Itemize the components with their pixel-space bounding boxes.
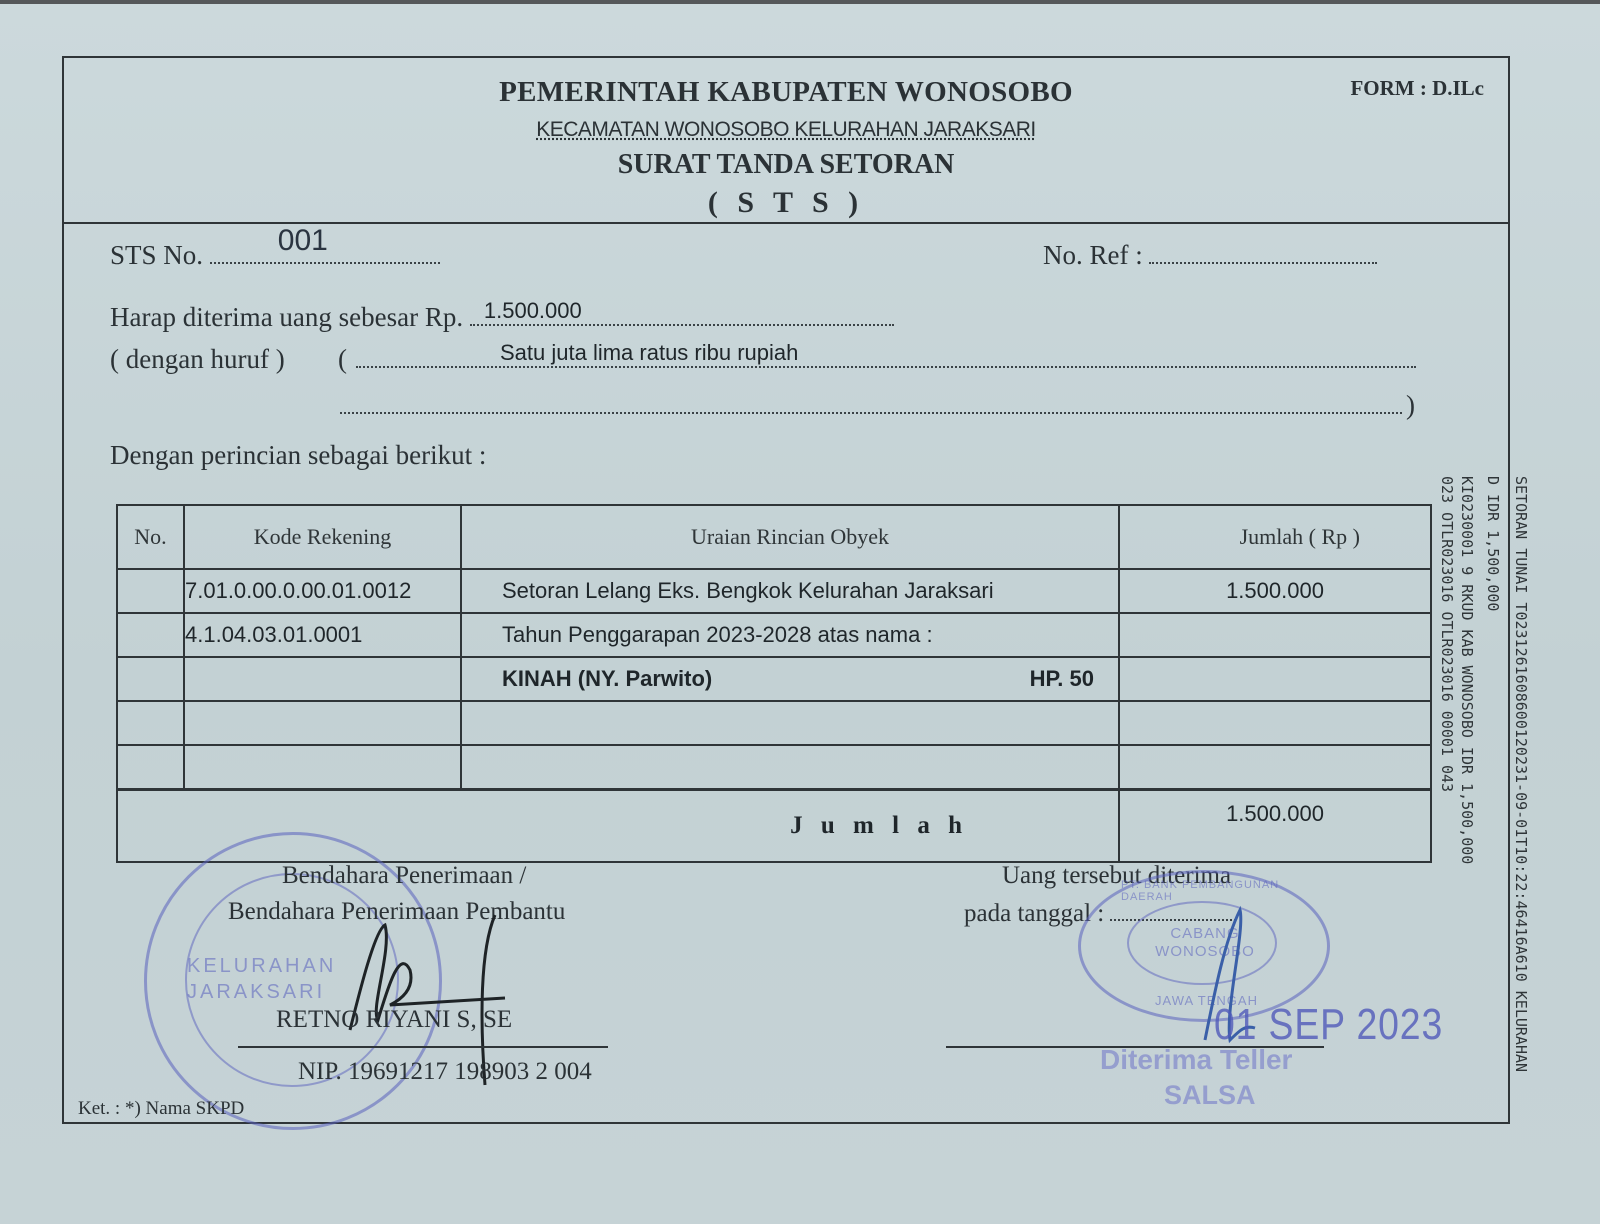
table-row: 7.01.0.00.0.00.01.0012 Setoran Lelang Ek… [117, 569, 1431, 613]
form-header: PEMERINTAH KABUPATEN WONOSOBO KECAMATAN … [62, 56, 1510, 224]
amount-words-field[interactable]: Satu juta lima ratus ribu rupiah [356, 344, 1416, 375]
cell-kode: 7.01.0.00.0.00.01.0012 [184, 569, 461, 613]
paper-top-edge [0, 0, 1600, 4]
table-row: KINAH (NY. Parwito) HP. 50 [117, 657, 1431, 701]
subdistrict-name: KECAMATAN WONOSOBO KELURAHAN JARAKSARI [62, 118, 1510, 142]
cell-kode: 4.1.04.03.01.0001 [184, 613, 461, 657]
government-name: PEMERINTAH KABUPATEN WONOSOBO [62, 76, 1510, 109]
column-header-kode: Kode Rekening [184, 505, 461, 569]
table-header-row: No. Kode Rekening Uraian Rincian Obyek J… [117, 505, 1431, 569]
rincian-table: No. Kode Rekening Uraian Rincian Obyek J… [116, 504, 1432, 863]
table-row [117, 701, 1431, 745]
cell-jumlah [1119, 613, 1431, 657]
column-header-jumlah: Jumlah ( Rp ) [1119, 505, 1431, 569]
cell-no [117, 701, 184, 745]
cell-uraian: Setoran Lelang Eks. Bengkok Kelurahan Ja… [461, 569, 1119, 613]
table-row [117, 745, 1431, 790]
treasurer-signature-line [238, 1046, 608, 1048]
cell-jumlah: 1.500.000 [1119, 569, 1431, 613]
validation-print-line-4: 023 OTLR023016 OTLR023016 00001 043 [1438, 476, 1456, 792]
column-header-no: No. [117, 505, 184, 569]
kelurahan-stamp-line-1: KELURAHAN [187, 953, 336, 979]
amount-words-dots-1: Satu juta lima ratus ribu rupiah [356, 348, 1416, 368]
validation-print-line-3: KI0230001 9 RKUD KAB WONOSOBO IDR 1,500,… [1458, 476, 1476, 864]
cell-uraian [461, 701, 1119, 745]
treasurer-nip: NIP. 19691217 198903 2 004 [298, 1058, 592, 1086]
sts-number-field[interactable]: STS No. 001 [110, 240, 440, 271]
column-header-uraian: Uraian Rincian Obyek [461, 505, 1119, 569]
kelurahan-stamp-line-2: JARAKSARI [187, 979, 336, 1005]
land-area: HP. 50 [1030, 666, 1094, 692]
teller-name-stamp: SALSA [1164, 1080, 1256, 1111]
amount-field[interactable]: Harap diterima uang sebesar Rp. 1.500.00… [110, 302, 894, 333]
ref-number-dots [1149, 244, 1377, 264]
validation-print-line-2: D IDR 1,500,000 [1484, 476, 1502, 611]
sts-form-paper: PEMERINTAH KABUPATEN WONOSOBO KECAMATAN … [0, 0, 1600, 1224]
treasurer-name: RETNO RIYANI S, SE [276, 1006, 512, 1034]
sts-number-value: 001 [278, 224, 328, 258]
table-row: 4.1.04.03.01.0001 Tahun Penggarapan 2023… [117, 613, 1431, 657]
ref-number-label: No. Ref : [1043, 240, 1143, 270]
sts-number-label: STS No. [110, 240, 203, 270]
amount-words-label: ( dengan huruf ) [110, 344, 285, 375]
amount-dots: 1.500.000 [470, 306, 894, 326]
cell-no [117, 569, 184, 613]
taxpayer-name: KINAH (NY. Parwito) [502, 666, 712, 691]
form-code: FORM : D.ILc [1350, 76, 1484, 101]
footnote: Ket. : *) Nama SKPD [78, 1098, 244, 1120]
cell-uraian: KINAH (NY. Parwito) HP. 50 [461, 657, 1119, 701]
cell-no [117, 613, 184, 657]
cell-jumlah [1119, 657, 1431, 701]
document-abbreviation: ( S T S ) [62, 186, 1510, 220]
amount-words-open-paren: ( [338, 344, 347, 375]
cell-kode [184, 657, 461, 701]
total-value: 1.500.000 [1119, 790, 1431, 863]
document-title: SURAT TANDA SETORAN [62, 149, 1510, 181]
date-stamp: 01 SEP 2023 [1214, 1000, 1443, 1050]
amount-words-close-paren: ) [1406, 390, 1415, 421]
cell-jumlah [1119, 745, 1431, 790]
amount-label: Harap diterima uang sebesar Rp. [110, 302, 463, 332]
ref-number-field[interactable]: No. Ref : [1043, 240, 1377, 271]
amount-words-value: Satu juta lima ratus ribu rupiah [500, 340, 798, 366]
cell-jumlah [1119, 701, 1431, 745]
amount-words-dots-2 [340, 394, 1402, 414]
cell-uraian: Tahun Penggarapan 2023-2028 atas nama : [461, 613, 1119, 657]
amount-words-line-2[interactable] [340, 390, 1402, 421]
validation-print-line-1: SETORAN TUNAI T0231261608600120231-09-01… [1512, 476, 1530, 1072]
cell-no [117, 745, 184, 790]
sts-number-dots: 001 [210, 244, 440, 264]
received-by-stamp: Diterima Teller [1100, 1044, 1292, 1076]
details-label: Dengan perincian sebagai berikut : [110, 440, 486, 471]
kelurahan-stamp-center: KELURAHAN JARAKSARI [187, 953, 336, 1005]
cell-uraian [461, 745, 1119, 790]
amount-value: 1.500.000 [484, 298, 582, 324]
treasurer-title-1: Bendahara Penerimaan / [282, 862, 526, 890]
cell-kode [184, 701, 461, 745]
cell-no [117, 657, 184, 701]
cell-kode [184, 745, 461, 790]
